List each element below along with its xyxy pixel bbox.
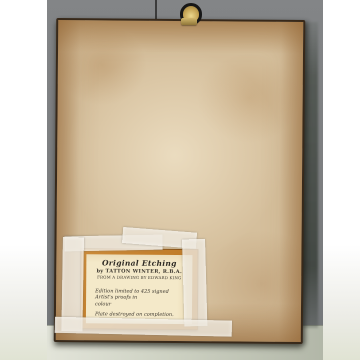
photo: Original Etching by TATTON WINTER, R.B.A… bbox=[47, 0, 323, 360]
product-photo-canvas: { "label": { "title": "Original Etching"… bbox=[0, 0, 360, 360]
label-edition-text-2: colour bbox=[95, 301, 111, 307]
masking-tape-right bbox=[182, 239, 207, 327]
label-edition-text-1: Edition limited to 425 signed Artist's p… bbox=[95, 288, 169, 301]
label-source-line: FROM A DRAWING BY EDWARD KING bbox=[97, 275, 182, 280]
label-paper: Original Etching by TATTON WINTER, R.B.A… bbox=[86, 254, 193, 324]
label-edition-line: Edition limited to 425 signed Artist's p… bbox=[95, 288, 186, 307]
label-title: Original Etching bbox=[86, 258, 192, 268]
label-artist-line: by TATTON WINTER, R.B.A. bbox=[86, 268, 192, 275]
label-plate-line: Plate destroyed on completion. bbox=[95, 311, 192, 318]
frame-back-board: Original Etching by TATTON WINTER, R.B.A… bbox=[54, 18, 306, 344]
masking-tape-bottom bbox=[55, 317, 232, 337]
hanging-ring-base bbox=[181, 18, 197, 25]
gallery-label: Original Etching by TATTON WINTER, R.B.A… bbox=[64, 232, 237, 337]
hanging-wire bbox=[155, 0, 157, 20]
